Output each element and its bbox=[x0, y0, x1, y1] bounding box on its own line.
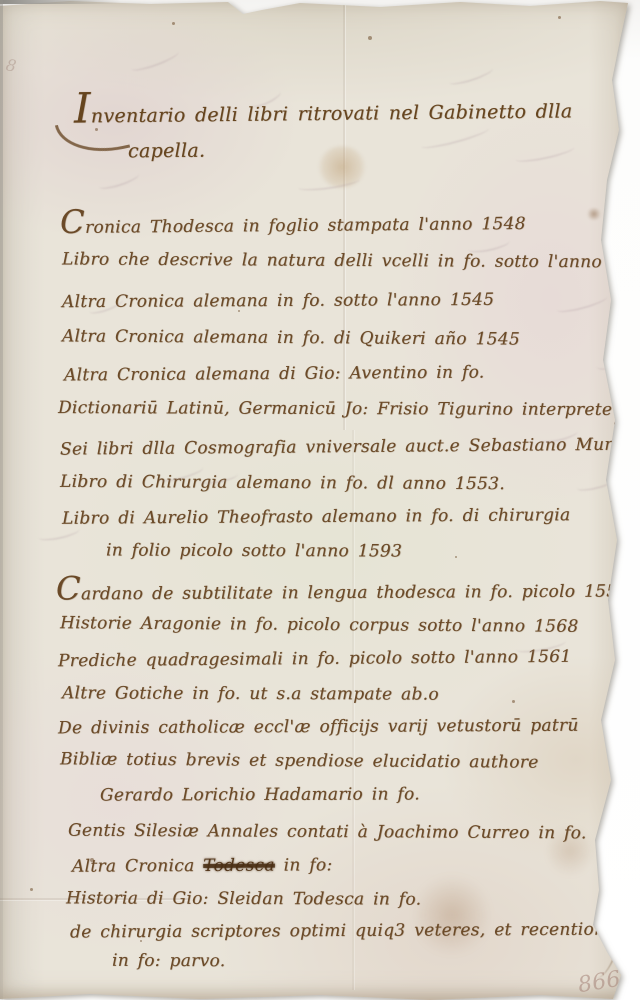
ink-speck bbox=[172, 22, 175, 25]
ink-speck bbox=[604, 242, 608, 246]
entry-line: Sei libri dlla Cosmografia vniversale au… bbox=[60, 434, 640, 459]
scan-top-edge-shadow bbox=[0, 0, 120, 4]
strike-post-text: in fo: bbox=[275, 855, 333, 875]
entry-line: Dictionariū Latinū, Germanicū Jo: Frisio… bbox=[58, 398, 612, 420]
entry-line: Bibliæ totius brevis et spendiose elucid… bbox=[60, 749, 539, 772]
bleed-through-mark bbox=[575, 473, 616, 493]
entry-line: Libro di Chirurgia alemano in fo. dl ann… bbox=[60, 472, 505, 494]
ink-speck bbox=[368, 36, 372, 40]
entry-line: De divinis catholicæ eccl'æ officijs var… bbox=[58, 716, 579, 739]
entry-line: Libro che descrive la natura delli vcell… bbox=[62, 249, 640, 272]
bleed-through-mark bbox=[595, 355, 636, 373]
bleed-through-numeral: 8 bbox=[4, 55, 18, 76]
entry-line: de chirurgia scriptores optimi quiq3 vet… bbox=[70, 920, 622, 943]
entry-line: Altre Gotiche in fo. ut s.a stampate ab.… bbox=[62, 683, 439, 704]
ink-speck bbox=[614, 422, 617, 425]
title-line-2: capella. bbox=[128, 140, 205, 163]
title-line-1: Inventario delli libri ritrovati nel Gab… bbox=[74, 93, 573, 127]
bleed-through-mark bbox=[447, 63, 494, 88]
right-edge-spot bbox=[586, 208, 602, 220]
bleed-through-mark bbox=[298, 174, 361, 194]
paper-shadow-wrap: Inventario delli libri ritrovati nel Gab… bbox=[0, 0, 640, 1000]
entry-line-indented: Gerardo Lorichio Hadamario in fo. bbox=[100, 784, 420, 805]
entry-line: Altra Cronica alemana di Gio: Aventino i… bbox=[64, 363, 485, 386]
entry-line: Libro di Aurelio Theofrasto alemano in f… bbox=[62, 505, 571, 529]
bleed-through-mark bbox=[420, 123, 490, 152]
ink-speck bbox=[558, 16, 561, 19]
entry-line: Altra Cronica alemana in fo. sotto l'ann… bbox=[62, 290, 494, 312]
struck-word: Todesca bbox=[203, 856, 275, 876]
manuscript-page: Inventario delli libri ritrovati nel Gab… bbox=[0, 0, 640, 1000]
entry-line-indented: in fo: parvo. bbox=[112, 951, 226, 971]
ink-speck bbox=[512, 700, 515, 703]
round-tan-stain bbox=[318, 146, 366, 188]
bleed-through-mark bbox=[515, 142, 576, 165]
ink-speck bbox=[455, 556, 457, 558]
ink-speck bbox=[30, 888, 33, 891]
scan-left-edge-shadow bbox=[0, 0, 3, 1000]
entry-line: Cardano de subtilitate in lengua thodesc… bbox=[56, 578, 629, 605]
brown-smudge-stain bbox=[415, 872, 489, 958]
bleed-through-mark bbox=[611, 695, 640, 711]
ink-speck bbox=[95, 128, 98, 131]
entry-line: Prediche quadragesimali in fo. picolo so… bbox=[58, 647, 572, 671]
pencil-page-number: 866 bbox=[576, 967, 622, 998]
entry-line-strikethrough: Altra Cronica Todesca in fo: bbox=[72, 855, 333, 876]
entry-line: Gentis Silesiæ Annales contati à Joachim… bbox=[68, 821, 587, 844]
bleed-through-mark bbox=[130, 47, 181, 74]
entry-line-indented: in folio picolo sotto l'anno 1593 bbox=[106, 540, 402, 561]
entry-line: Historia di Gio: Sleidan Todesca in fo. bbox=[66, 888, 421, 909]
entry-line: Altra Cronica alemana in fo. di Quikeri … bbox=[62, 326, 520, 349]
strike-pre-text: Altra Cronica bbox=[72, 856, 203, 877]
entry-line: Historie Aragonie in fo. picolo corpus s… bbox=[60, 613, 579, 637]
manuscript-scan: Inventario delli libri ritrovati nel Gab… bbox=[0, 0, 640, 1000]
entry-line: Cronica Thodesca in foglio stampata l'an… bbox=[60, 210, 526, 238]
bleed-through-mark bbox=[555, 291, 608, 315]
bleed-through-mark bbox=[97, 169, 140, 192]
